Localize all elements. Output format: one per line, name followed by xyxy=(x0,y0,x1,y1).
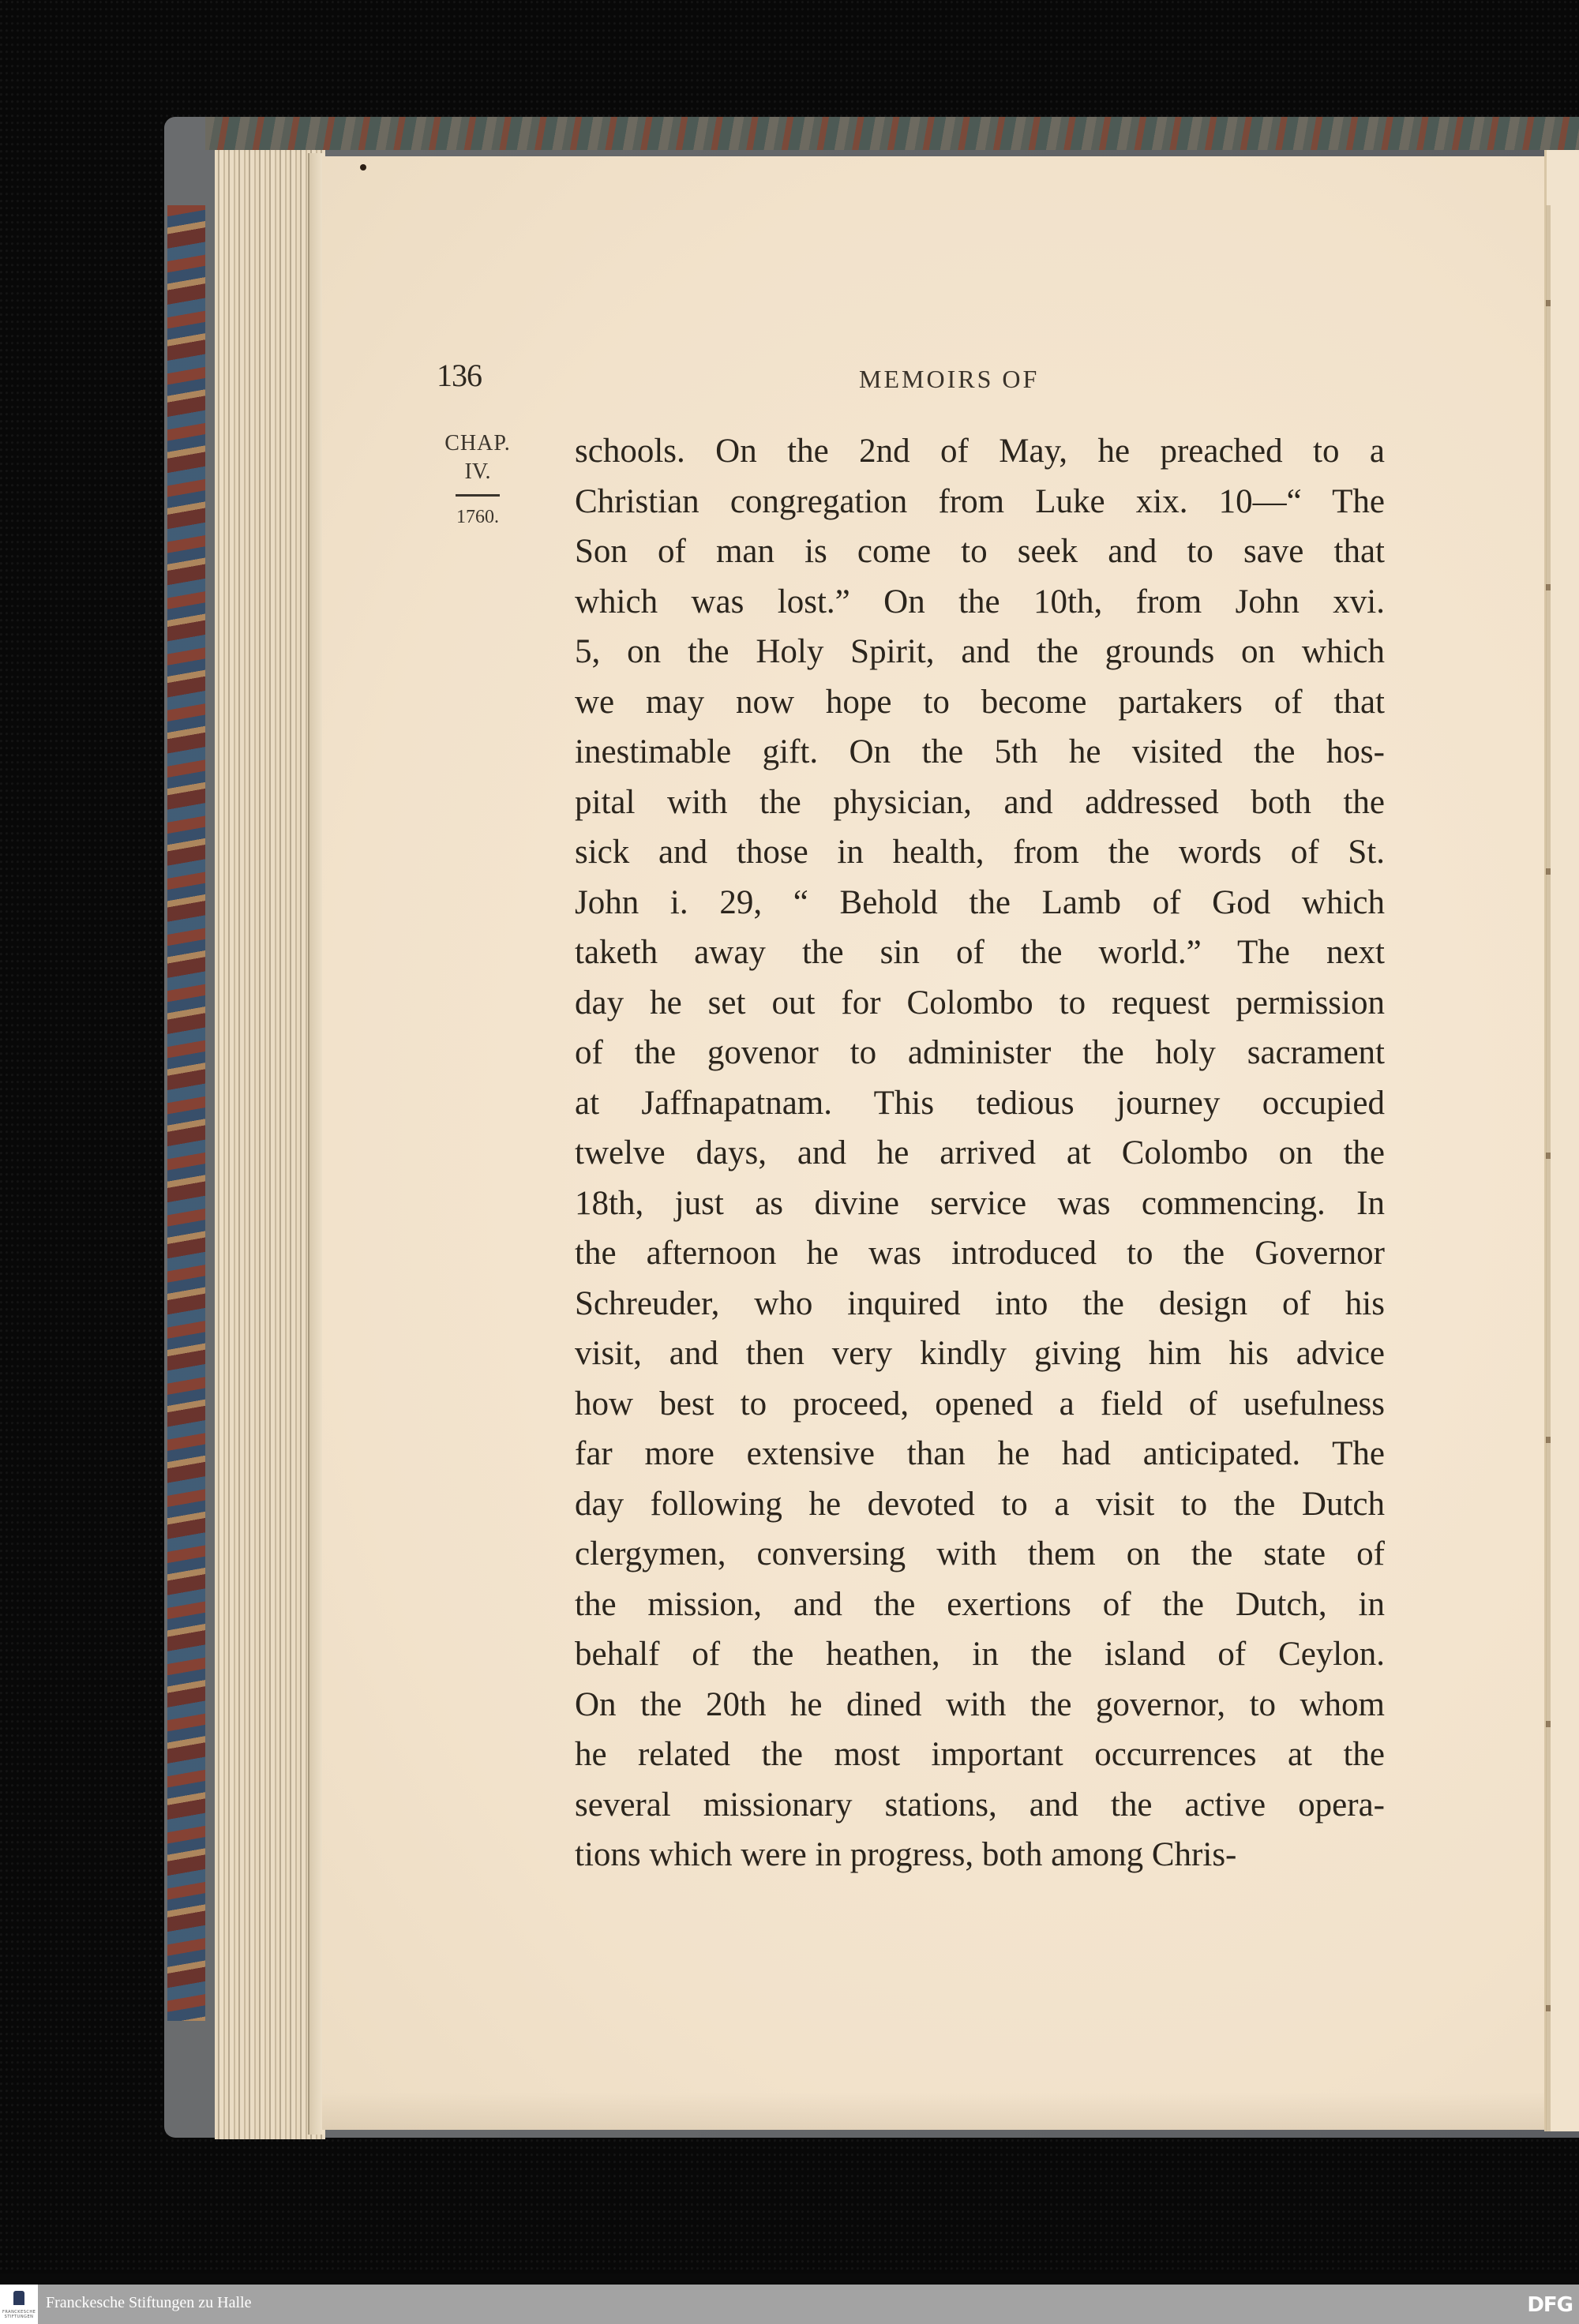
text-line: day he set out for Colombo to request pe… xyxy=(575,978,1385,1029)
body-text: schools. On the 2nd of May, he preached … xyxy=(575,426,1385,1880)
text-line: of the govenor to administer the holy sa… xyxy=(575,1028,1385,1078)
ink-dot xyxy=(360,164,366,171)
chapter-number: IV. xyxy=(418,461,537,483)
francke-figure-icon xyxy=(13,2291,24,2305)
text-line: taketh away the sin of the world.” The n… xyxy=(575,928,1385,978)
logo-caption: FRANCKESCHE STIFTUNGEN xyxy=(2,2310,36,2319)
page-shadow xyxy=(322,2092,1544,2130)
dfg-logo[interactable]: DFG xyxy=(1527,2293,1573,2317)
text-line: he related the most important occurrence… xyxy=(575,1730,1385,1780)
text-line: schools. On the 2nd of May, he preached … xyxy=(575,426,1385,477)
page-edge-inner xyxy=(308,153,324,2135)
francke-logo[interactable]: FRANCKESCHE STIFTUNGEN xyxy=(0,2285,38,2324)
text-line: On the 20th he dined with the governor, … xyxy=(575,1680,1385,1730)
margin-note: CHAP. IV. 1760. xyxy=(418,433,537,527)
text-line: far more extensive than he had anticipat… xyxy=(575,1429,1385,1479)
text-line: several missionary stations, and the act… xyxy=(575,1780,1385,1831)
text-line: the afternoon he was introduced to the G… xyxy=(575,1228,1385,1279)
text-line: the mission, and the exertions of the Du… xyxy=(575,1580,1385,1630)
book-headband xyxy=(205,117,1579,150)
text-line: twelve days, and he arrived at Colombo o… xyxy=(575,1128,1385,1179)
text-line: which was lost.” On the 10th, from John … xyxy=(575,577,1385,628)
running-title: MEMOIRS OF xyxy=(859,365,1039,394)
chapter-label: CHAP. xyxy=(418,433,537,455)
text-line: clergymen, conversing with them on the s… xyxy=(575,1529,1385,1580)
text-line: Christian congregation from Luke xix. 10… xyxy=(575,477,1385,527)
margin-year: 1760. xyxy=(418,508,537,527)
text-line: behalf of the heathen, in the island of … xyxy=(575,1629,1385,1680)
margin-rule xyxy=(456,494,500,497)
text-line: at Jaffnapatnam. This tedious journey oc… xyxy=(575,1078,1385,1129)
text-line: Schreuder, who inquired into the design … xyxy=(575,1279,1385,1329)
text-line: Son of man is come to seek and to save t… xyxy=(575,527,1385,577)
text-line: day following he devoted to a visit to t… xyxy=(575,1479,1385,1530)
text-line: we may now hope to become partakers of t… xyxy=(575,677,1385,728)
text-line: tions which were in progress, both among… xyxy=(575,1830,1385,1880)
text-line: 5, on the Holy Spirit, and the grounds o… xyxy=(575,627,1385,677)
text-line: sick and those in health, from the words… xyxy=(575,827,1385,878)
text-line: 18th, just as divine service was commenc… xyxy=(575,1179,1385,1229)
marbled-cover-edge xyxy=(167,205,205,2021)
viewer-footer: FRANCKESCHE STIFTUNGEN Franckesche Stift… xyxy=(0,2285,1579,2324)
text-line: how best to proceed, opened a field of u… xyxy=(575,1379,1385,1430)
text-line: visit, and then very kindly giving him h… xyxy=(575,1329,1385,1379)
text-line: John i. 29, “ Behold the Lamb of God whi… xyxy=(575,878,1385,928)
page-number: 136 xyxy=(437,357,482,394)
binding-thread xyxy=(1546,205,1551,2131)
text-line: pital with the physician, and addressed … xyxy=(575,778,1385,828)
text-line: inestimable gift. On the 5th he visited … xyxy=(575,727,1385,778)
institution-name: Franckesche Stiftungen zu Halle xyxy=(46,2294,251,2312)
